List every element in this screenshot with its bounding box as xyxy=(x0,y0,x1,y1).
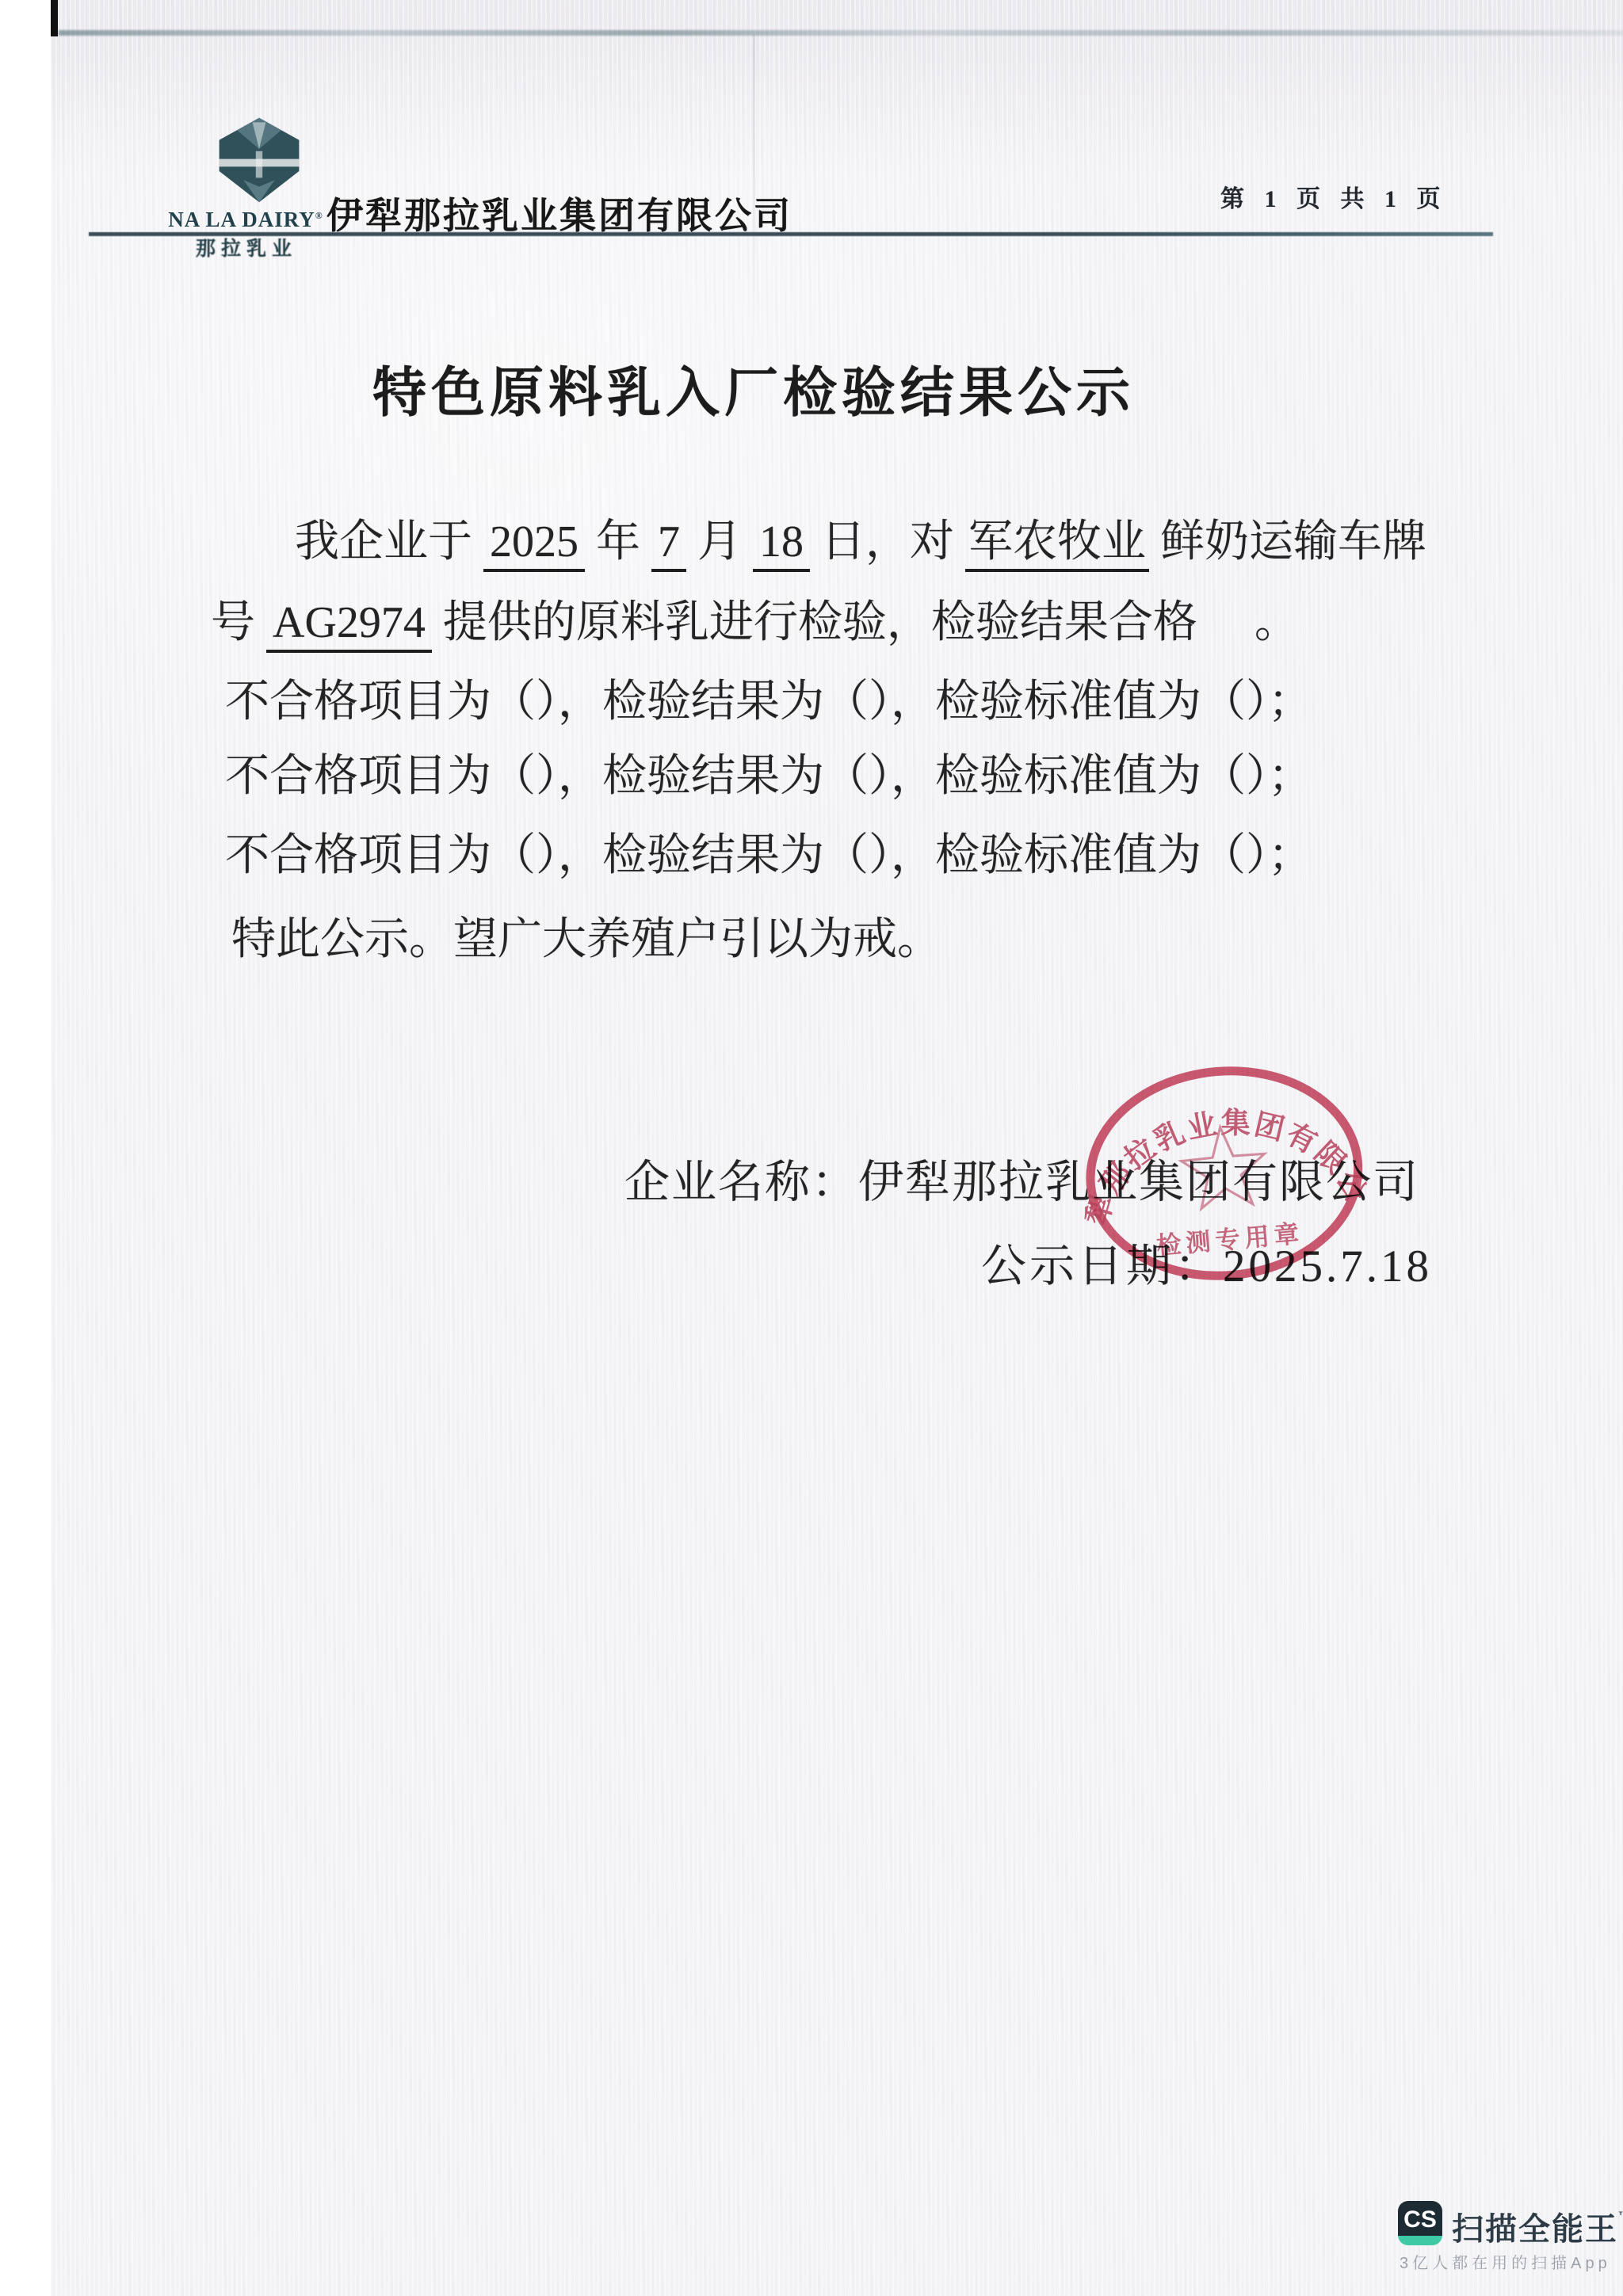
official-stamp: 伊犁那拉乳业集团有限公司 检测专用章 xyxy=(1062,1043,1388,1307)
intro2-seg2: 提供的原料乳进行检验，检验结果合格 xyxy=(443,598,1197,647)
intro1-seg2: 年 xyxy=(596,517,640,566)
intro1-year-underlined: 2025 xyxy=(483,517,585,572)
intro1-supplier-underlined: 军农牧业 xyxy=(965,517,1149,572)
intro1-seg1: 我企业于 xyxy=(295,517,472,566)
intro-line-2: 号 AG2974 提供的原料乳进行检验，检验结果合格 。 xyxy=(211,597,1299,648)
intro2-plate-underlined: AG2974 xyxy=(266,598,432,653)
page-indicator: 第 1 页 共 1 页 xyxy=(1220,179,1448,214)
intro1-month-underlined: 7 xyxy=(651,517,686,572)
logo-brand-en-text: NA LA DAIRY xyxy=(168,208,315,231)
intro2-seg1: 号 xyxy=(211,598,255,647)
intro2-period: 。 xyxy=(1254,598,1299,647)
header-rule xyxy=(89,232,1493,236)
intro1-seg5: 鲜奶运输车牌 xyxy=(1160,517,1426,566)
company-logo-gem-icon xyxy=(200,116,319,204)
camscanner-tm-mark: ™ xyxy=(1618,2209,1623,2222)
reject-line-2: 不合格项目为（），检验结果为（），检验标准值为（）； xyxy=(225,751,1312,802)
camscanner-tagline: 3亿人都在用的扫描App xyxy=(1400,2250,1611,2273)
scanned-document-page: { "header": { "logo": { "brand_en": "NA … xyxy=(0,0,1623,2296)
closing-line: 特此公示。望广大养殖户引以为戒。 xyxy=(231,914,941,965)
camscanner-app-name-text: 扫描全能王 xyxy=(1452,2212,1618,2247)
reject-line-1: 不合格项目为（），检验结果为（），检验标准值为（）； xyxy=(225,677,1312,727)
intro1-day-underlined: 18 xyxy=(753,517,810,572)
intro1-seg4: 日，对 xyxy=(821,517,954,566)
logo-brand-en: NA LA DAIRY® xyxy=(157,208,334,232)
stamp-bottom-text: 检测专用章 xyxy=(1155,1219,1304,1260)
camscanner-watermark: CS 扫描全能王™ 3亿人都在用的扫描App xyxy=(1392,2195,1613,2282)
camscanner-logo-icon: CS xyxy=(1398,2201,1442,2245)
camscanner-logo-letters: CS xyxy=(1398,2203,1442,2237)
camscanner-app-name: 扫描全能王™ xyxy=(1452,2204,1623,2249)
logo-reg-mark: ® xyxy=(315,210,323,221)
intro1-seg3: 月 xyxy=(697,517,742,566)
reject-line-3: 不合格项目为（），检验结果为（），检验标准值为（）； xyxy=(225,830,1312,881)
scan-left-margin xyxy=(0,0,51,2296)
document-title: 特色原料乳入厂检验结果公示 xyxy=(372,350,1135,427)
logo-brand-cn: 那拉乳业 xyxy=(163,233,330,261)
intro-line-1: 我企业于 2025 年 7 月 18 日，对 军农牧业 鲜奶运输车牌 xyxy=(295,517,1426,567)
scan-artifact-corner-bar xyxy=(51,0,58,36)
scan-artifact-top-line xyxy=(59,30,1623,36)
